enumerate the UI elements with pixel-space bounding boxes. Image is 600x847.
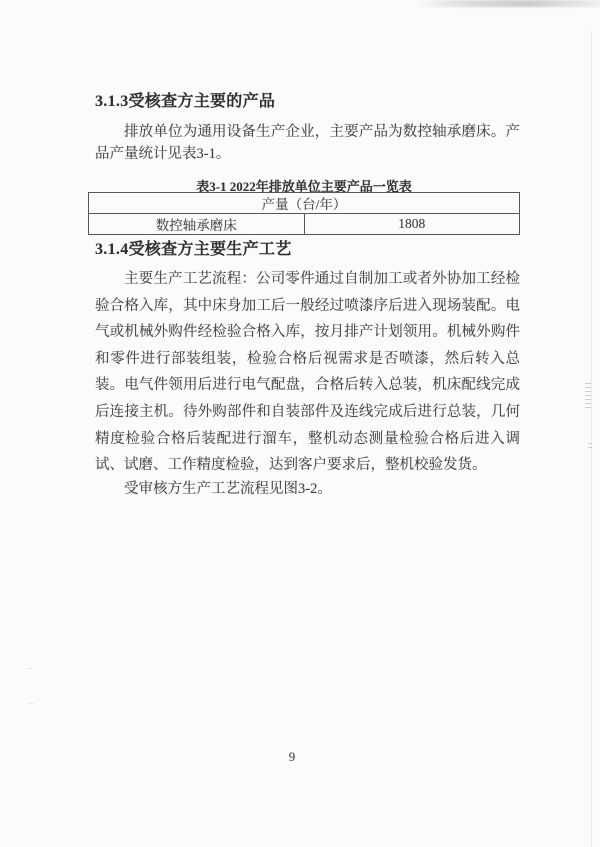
scan-smudge-top-right — [415, 0, 600, 7]
product-name-cell: 数控轴承磨床 — [89, 214, 305, 235]
paragraph-line: 气或机械外购件经检验合格入库，按月排产计划领用。机械外购件 — [95, 319, 520, 346]
scan-bleed-mark — [588, 443, 592, 451]
paragraph-line: 精度检验合格后装配进行溜车，整机动态测量检验合格后进入调 — [95, 426, 520, 453]
table-row: 数控轴承磨床 1808 — [89, 214, 520, 235]
paragraph-line: 装。电气件领用后进行电气配盘，合格后转入总装，机床配线完成 — [95, 372, 520, 399]
paragraph-process: 主要生产工艺流程：公司零件通过自制加工或者外协加工经检 验合格入库，其中床身加工… — [95, 266, 520, 479]
scan-bleed-mark — [29, 703, 34, 706]
paragraph-line: 排放单位为通用设备生产企业，主要产品为数控轴承磨床。产 — [95, 121, 520, 143]
paragraph-line: 试、试磨、工作精度检验，达到客户要求后，整机校验发货。 — [95, 452, 520, 479]
product-output-cell: 1808 — [304, 214, 520, 235]
output-header-cell: 产量（台/年） — [89, 193, 520, 214]
paragraph-line: 受审核方生产工艺流程见图3-2。 — [95, 477, 520, 501]
section-heading-3-1-4: 3.1.4受核查方主要生产工艺 — [95, 236, 292, 259]
scan-bleed-mark — [28, 668, 33, 672]
table-header-row: 产量（台/年） — [89, 193, 520, 214]
section-heading-3-1-3: 3.1.3受核查方主要的产品 — [95, 88, 275, 111]
paragraph-line: 验合格入库，其中床身加工后一般经过喷漆序后进入现场装配。电 — [95, 293, 520, 320]
paragraph-line: 品产量统计见表3-1。 — [95, 143, 520, 165]
scan-bleed-mark — [585, 383, 591, 408]
paragraph-line: 主要生产工艺流程：公司零件通过自制加工或者外协加工经检 — [95, 266, 520, 293]
scanned-document-page: 3.1.3受核查方主要的产品 排放单位为通用设备生产企业，主要产品为数控轴承磨床… — [0, 0, 600, 847]
paragraph-line: 后连接主机。待外购部件和自装部件及连线完成后进行总装，几何 — [95, 399, 520, 426]
scan-edge-line — [591, 30, 592, 847]
paragraph-products: 排放单位为通用设备生产企业，主要产品为数控轴承磨床。产 品产量统计见表3-1。 — [95, 121, 520, 165]
paragraph-flowchart-ref: 受审核方生产工艺流程见图3-2。 — [95, 477, 520, 501]
products-table: 产量（台/年） 数控轴承磨床 1808 — [88, 192, 520, 235]
paragraph-line: 和零件进行部装组装，检验合格后视需求是否喷漆，然后转入总 — [95, 346, 520, 373]
page-number: 9 — [0, 749, 584, 765]
